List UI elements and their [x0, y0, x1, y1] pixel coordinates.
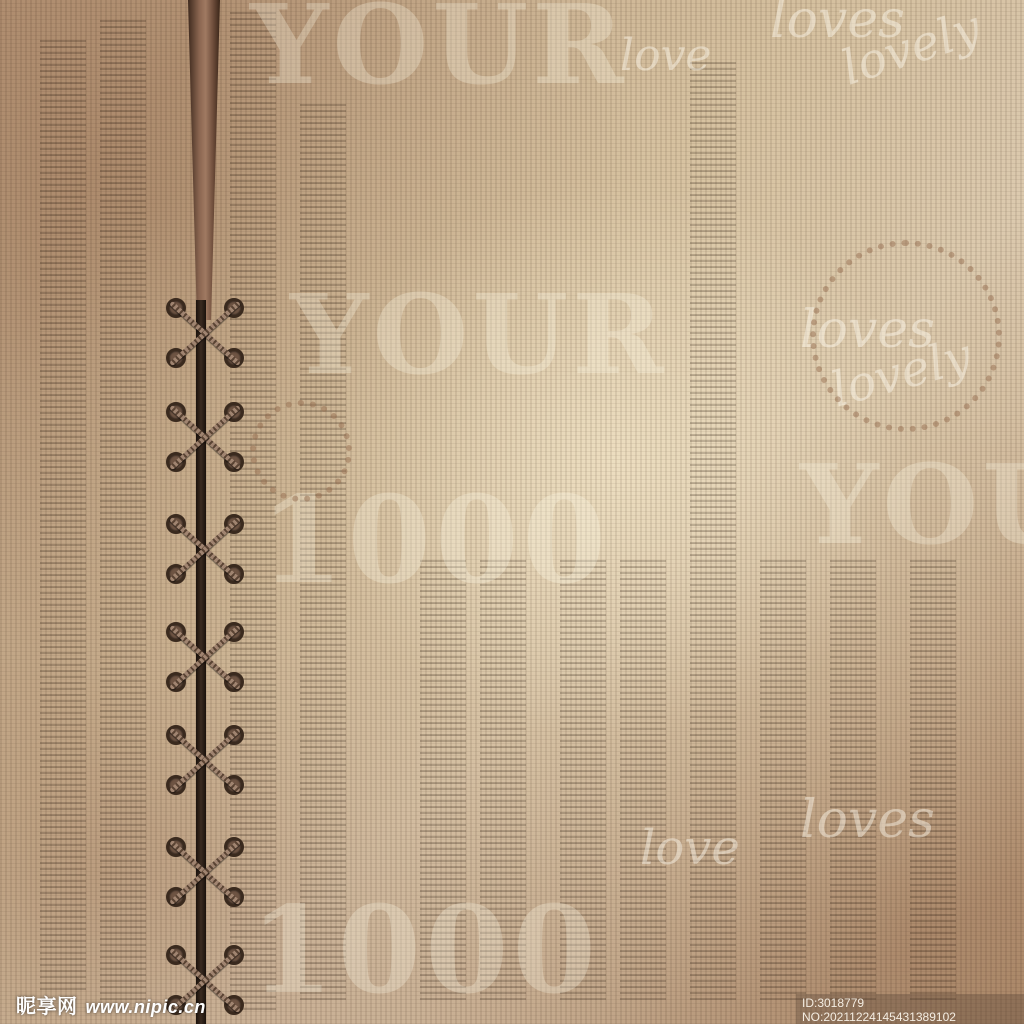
dotted-circle-ornament — [810, 240, 1002, 432]
overlay-word: 1000 — [250, 880, 600, 1021]
watermark-site-url: www.nipic.cn — [86, 997, 206, 1017]
overlay-word: YOUR — [250, 0, 628, 109]
dotted-circle-ornament — [250, 400, 352, 502]
watermark-id: ID:3018779 NO:20211224145431389102 — [796, 994, 1024, 1024]
overlay-word: YOUR — [290, 270, 668, 399]
lace-stitch — [166, 622, 244, 692]
newsprint-column — [40, 40, 86, 990]
lace-stitch — [166, 514, 244, 584]
script-word: loves — [800, 790, 935, 850]
newsprint-column — [620, 560, 666, 1000]
lace-stitch — [166, 298, 244, 368]
overlay-word: YOUR — [800, 440, 1024, 569]
watermark-site: 昵享网www.nipic.cn — [16, 990, 206, 1019]
watermark-site-name: 昵享网 — [16, 996, 78, 1018]
lace-stitch — [166, 725, 244, 795]
script-word: love — [620, 30, 711, 81]
script-word: love — [640, 820, 740, 876]
newsprint-column — [760, 560, 806, 1000]
newsprint-column — [910, 560, 956, 1000]
newsprint-column — [830, 560, 876, 1000]
newsprint-column — [100, 20, 146, 1000]
lace-stitch — [166, 837, 244, 907]
lace-stitch — [166, 402, 244, 472]
